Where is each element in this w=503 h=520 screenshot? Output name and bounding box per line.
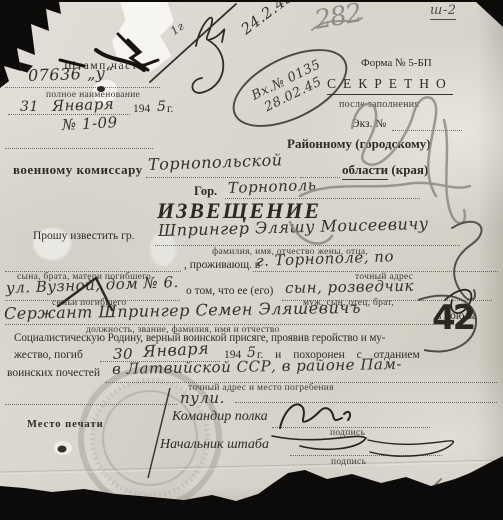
city-handwritten: Торнополь — [228, 176, 317, 197]
died-printed: жество, погиб — [14, 349, 83, 361]
registry-oval-stamp: Вх.№ 0135 28.02.45 — [221, 33, 360, 143]
commander-label: Командир полка — [172, 409, 268, 425]
page-number-stamp: 42 — [432, 298, 473, 338]
dotted-line — [5, 404, 177, 405]
commissar-label: военному комиссару — [13, 162, 143, 178]
scanned-death-notice: ш-2 1г 24.2.45 282 Штамп части 07636 „у“… — [0, 0, 503, 520]
residing-printed: , проживающ. в — [184, 259, 260, 271]
notify-printed: Прошу известить гр. — [33, 230, 135, 242]
pencil-loop — [452, 222, 481, 300]
honors-printed: воинских почестей — [7, 367, 100, 379]
residence-handwritten: г. Торнополе, по — [256, 247, 395, 270]
city-label: Гор. — [194, 184, 217, 199]
pen-slash — [148, 388, 170, 478]
region-label: области (края) — [342, 162, 428, 178]
date-day-handwritten: 31 — [20, 99, 39, 115]
kray-word: (края) — [391, 162, 428, 177]
that-printed: о том, что ее (его) — [186, 285, 273, 297]
addressee-line1: Районному (городскому) — [287, 136, 431, 152]
region-handwritten: Торнопольской — [148, 150, 283, 174]
dotted-line — [5, 87, 160, 88]
pencil-number: 282 — [312, 0, 363, 36]
signature-caption: подпись — [330, 428, 365, 438]
dotted-line — [290, 455, 442, 456]
dotted-line — [392, 130, 462, 131]
signature-caption: подпись — [331, 457, 366, 467]
document-number-handwritten: № 1-09 — [62, 113, 119, 134]
date-month-handwritten: Января — [52, 95, 115, 115]
corner-note: ш-2 — [430, 3, 456, 20]
form-label: Форма № 5-БП — [361, 57, 432, 69]
burial-place-handwritten2: пули. — [180, 389, 225, 407]
secrecy-caption: после заполнения — [339, 99, 419, 110]
paper-sheet: ш-2 1г 24.2.45 282 Штамп части 07636 „у“… — [0, 0, 503, 520]
dotted-line — [5, 148, 153, 149]
date-note: 24.2.45 — [238, 0, 297, 38]
burial-place-handwritten: в Латвийской ССР, в районе Пам- — [112, 355, 402, 378]
year-handwritten: 5 — [157, 99, 166, 115]
dotted-line — [155, 245, 460, 246]
copy-number-label: Экз. № — [352, 118, 386, 130]
seal-place-label: Место печати — [27, 419, 104, 430]
relation-handwritten: сын, розведчик — [285, 277, 414, 297]
chief-of-staff-label: Начальник штаба — [160, 437, 269, 453]
pencil-mark-bottom — [428, 479, 441, 494]
secrecy-stamp: СЕКРЕТНО — [327, 76, 453, 95]
year-suffix: г. — [167, 103, 173, 115]
fold-crease — [0, 460, 503, 472]
unit-number-handwritten: 07636 „у“ — [28, 63, 115, 85]
dotted-line — [235, 402, 497, 403]
year-printed: 194 — [133, 103, 150, 115]
oblast-word: области — [342, 162, 388, 180]
paper-hole — [54, 441, 72, 455]
